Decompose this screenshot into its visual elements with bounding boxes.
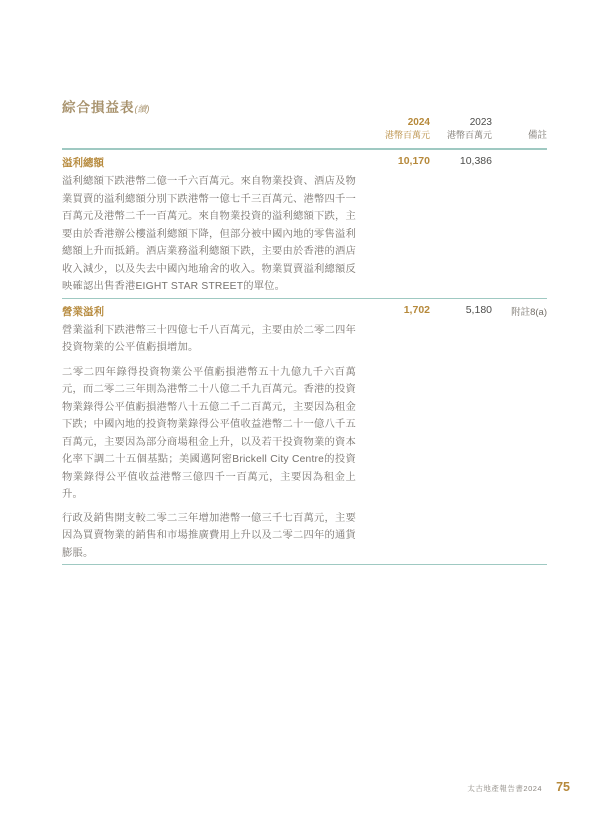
footer-report-name: 太古地產報告書2024 <box>467 784 542 793</box>
value-2023: 10,386 <box>430 155 492 167</box>
value-2023: 5,180 <box>430 304 492 316</box>
body-paragraph: 二零二四年錄得投資物業公平值虧損港幣五十九億九千六百萬元，而二零二三年則為港幣二… <box>62 364 356 504</box>
value-2024: 10,170 <box>352 155 430 167</box>
page-content: 綜合損益表(續) 2024 港幣百萬元 2023 港幣百萬元 備註 溢利總額 1… <box>62 0 547 565</box>
column-unit-2023: 港幣百萬元 <box>430 129 492 142</box>
page-title-text: 綜合損益表 <box>62 100 135 115</box>
table-column-headers: 2024 港幣百萬元 2023 港幣百萬元 備註 <box>62 116 547 142</box>
page-footer: 太古地產報告書202475 <box>0 778 570 796</box>
column-header-note: 備註 <box>492 129 547 142</box>
document-page: 綜合損益表(續) 2024 港幣百萬元 2023 港幣百萬元 備註 溢利總額 1… <box>0 0 600 814</box>
column-year-2024: 2024 <box>352 116 430 129</box>
body-paragraph: 溢利總額下跌港幣二億一千六百萬元。來自物業投資、酒店及物業買賣的溢利總額分別下跌… <box>62 173 356 296</box>
column-unit-2024: 港幣百萬元 <box>352 129 430 142</box>
row-label: 溢利總額 <box>62 155 352 170</box>
row-label: 營業溢利 <box>62 304 352 319</box>
column-year-2023: 2023 <box>430 116 492 129</box>
column-note-label: 備註 <box>492 129 547 142</box>
table-row-operating-profit: 營業溢利 1,702 5,180 附註8(a) <box>62 299 547 319</box>
footer-page-number: 75 <box>556 780 570 794</box>
column-header-2024: 2024 港幣百萬元 <box>352 116 430 142</box>
table-row-profit-total: 溢利總額 10,170 10,386 <box>62 150 547 170</box>
body-paragraph: 營業溢利下跌港幣三十四億七千八百萬元，主要由於二零二四年投資物業的公平值虧損增加… <box>62 322 356 357</box>
body-paragraph: 行政及銷售開支較二零二三年增加港幣一億三千七百萬元，主要因為買賣物業的銷售和市場… <box>62 510 356 563</box>
column-header-2023: 2023 港幣百萬元 <box>430 116 492 142</box>
table-rule-bottom <box>62 564 547 565</box>
row-note: 附註8(a) <box>492 304 547 318</box>
value-2024: 1,702 <box>352 304 430 316</box>
page-title-suffix: (續) <box>135 104 150 114</box>
page-title: 綜合損益表(續) <box>62 96 547 112</box>
